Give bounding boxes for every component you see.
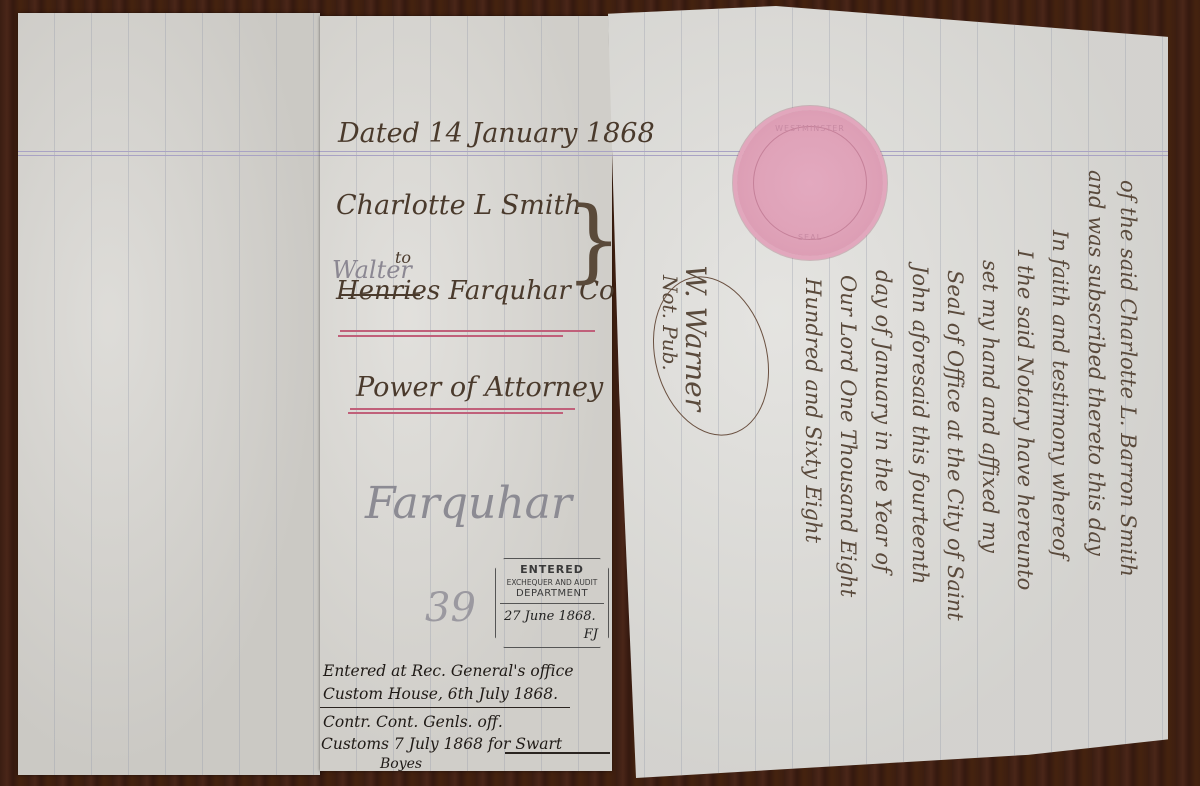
notarial-text-line: set my hand and affixed my (978, 260, 1002, 553)
stamp-initials: FJ (584, 627, 598, 642)
red-rule (350, 408, 575, 410)
notarial-text-line: John aforesaid this fourteenth (908, 265, 932, 584)
seal-ring-text-bottom: SEAL (737, 233, 883, 242)
notarial-text-line: In faith and testimony whereof (1048, 230, 1072, 559)
notarial-text-line: of the said Charlotte L. Barron Smith (1116, 180, 1140, 577)
registry-note: Custom House, 6th July 1868. (323, 685, 558, 703)
exchequer-stamp: ENTERED EXCHEQUER AND AUDIT DEPARTMENT 2… (495, 558, 609, 648)
stamp-line-2: EXCHEQUER AND AUDIT (496, 578, 608, 587)
red-rule (348, 412, 563, 414)
stamp-divider (500, 603, 604, 604)
signature-underline (505, 752, 610, 754)
ruled-line (608, 151, 1168, 156)
note-divider (320, 707, 570, 708)
pencil-annotation-name: Farquhar (365, 478, 572, 529)
embossed-seal: WESTMINSTER SEAL (737, 110, 883, 256)
notarial-text-line: Hundred and Sixty Eight (801, 278, 825, 543)
stamp-line-1: ENTERED (496, 563, 608, 576)
notary-title: Not. Pub. (658, 275, 682, 371)
document-panel-left (18, 13, 320, 775)
ruled-line (320, 151, 612, 156)
notarial-text-line: and was subscribed thereto this day (1084, 170, 1108, 556)
notarial-text-line: I the said Notary have hereunto (1013, 250, 1037, 590)
notarial-text-line: Seal of Office at the City of Saint (943, 270, 967, 621)
registry-note: Contr. Cont. Genls. off. (323, 713, 503, 731)
pencil-annotation-number: 39 (425, 585, 476, 631)
to-label: to (395, 248, 411, 267)
red-rule (340, 330, 595, 332)
stamp-line-3: DEPARTMENT (496, 588, 608, 599)
seal-ring-text-top: WESTMINSTER (737, 124, 883, 133)
endorsement-date: Dated 14 January 1868 (338, 118, 655, 149)
ruled-line (18, 151, 320, 156)
grantor-name: Charlotte L Smith (336, 190, 582, 221)
strikethrough (340, 294, 420, 296)
instrument-title: Power of Attorney (356, 372, 603, 403)
red-rule (338, 335, 563, 337)
notarial-text-line: day of January in the Year of (871, 270, 895, 573)
registry-note: Customs 7 July 1868 for Swart (321, 735, 562, 753)
stamp-date: 27 June 1868. (504, 609, 596, 624)
notary-signature: W. Warner (679, 265, 712, 411)
registry-note: Boyes (380, 756, 422, 772)
registry-note: Entered at Rec. General's office (323, 662, 574, 680)
notarial-text-line: Our Lord One Thousand Eight (836, 275, 860, 597)
brace-mark: } (565, 188, 622, 293)
